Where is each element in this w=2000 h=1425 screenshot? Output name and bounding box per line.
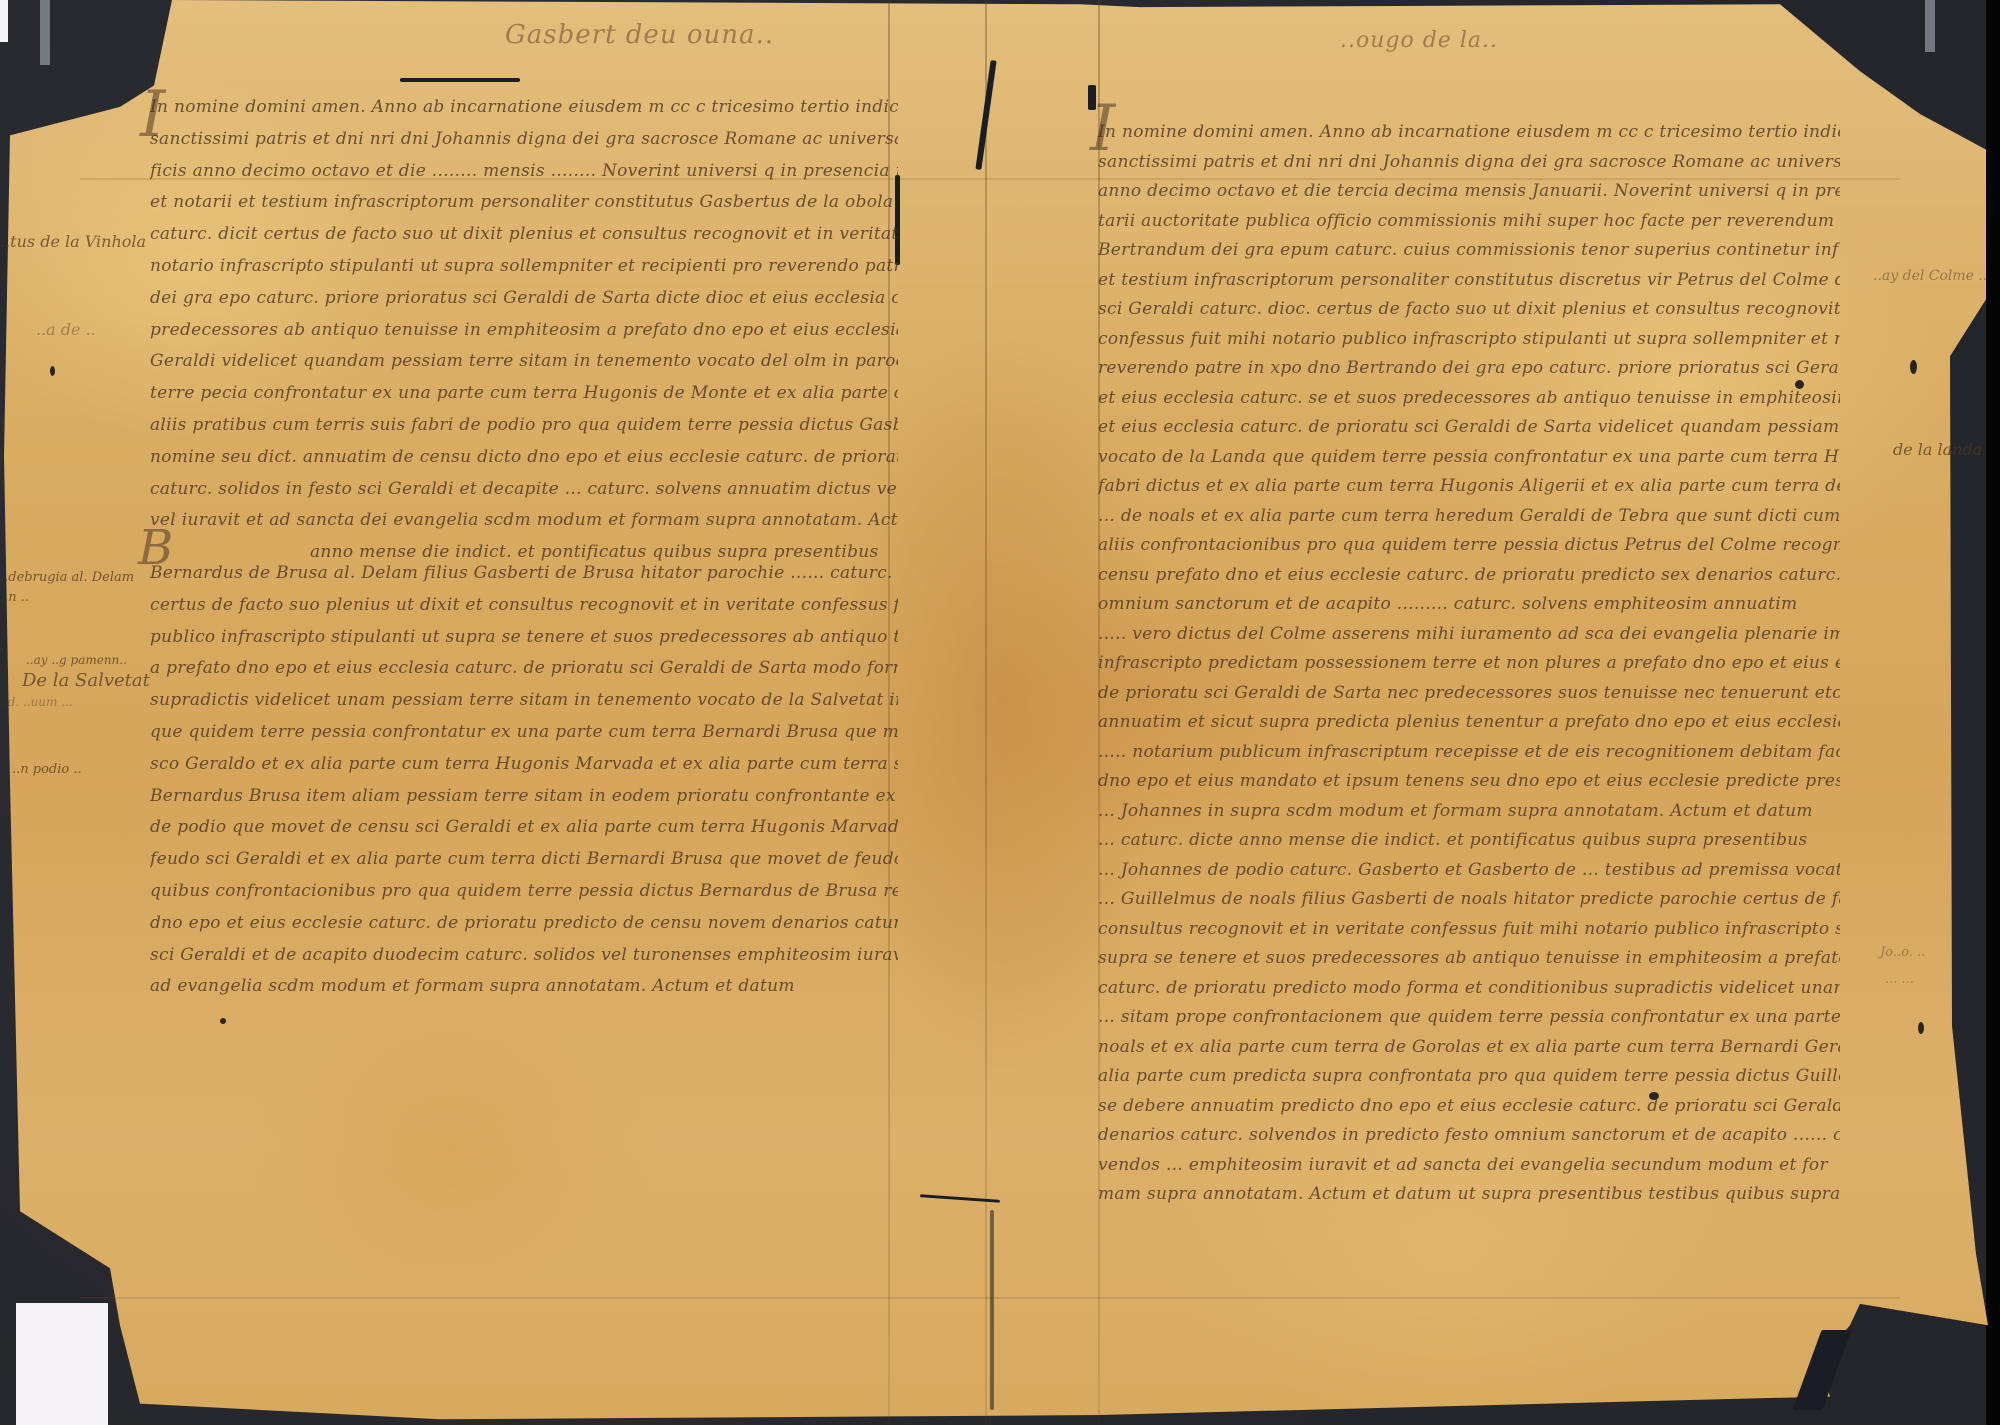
text-line: et eius ecclesia caturc. de prioratu sci… — [1098, 413, 1840, 443]
margin-note-left: ..n podio .. — [12, 762, 82, 777]
text-line: certus de facto suo plenius ut dixit et … — [150, 590, 898, 622]
margin-note-left: ..debrugia al. Delam — [0, 570, 134, 585]
text-line: notario infrascripto stipulanti ut supra… — [150, 251, 898, 283]
text-line: sco Geraldo et ex alia parte cum terra H… — [150, 749, 898, 781]
text-line: nomine seu dict. annuatim de censu dicto… — [150, 442, 898, 474]
text-line: mam supra annotatam. Actum et datum ut s… — [1098, 1180, 1840, 1210]
text-line: a prefato dno epo et eius ecclesia catur… — [150, 653, 898, 685]
text-line: ..... vero dictus del Colme asserens mih… — [1098, 620, 1840, 650]
text-line: vendos ... emphiteosim iuravit et ad san… — [1098, 1151, 1840, 1181]
left-charter-2: Bernardus de Brusa al. Delam filius Gasb… — [150, 558, 898, 1003]
margin-note-right-landa: de la landa — [1893, 440, 1982, 459]
text-line: ad evangelia scdm modum et formam supra … — [150, 971, 898, 1003]
text-line: aliis confrontacionibus pro qua quidem t… — [1098, 531, 1840, 561]
text-line: quibus confrontacionibus pro qua quidem … — [150, 876, 898, 908]
text-line: ... Johannes in supra scdm modum et form… — [1098, 797, 1840, 827]
fold-line-vertical-center — [985, 0, 987, 1425]
text-line: ... Johannes de podio caturc. Gasberto e… — [1098, 856, 1840, 886]
color-card-bottom-left — [16, 1303, 108, 1425]
ruler-tab-right — [1925, 0, 1935, 52]
text-line: sci Geraldi et de acapito duodecim catur… — [150, 940, 898, 972]
left-charter-1: In nomine domini amen. Anno ab incarnati… — [150, 92, 898, 569]
text-line: supradictis videlicet unam pessiam terre… — [150, 685, 898, 717]
text-line: ficis anno decimo octavo et die ........… — [150, 156, 898, 188]
text-line: vel iuravit et ad sancta dei evangelia s… — [150, 505, 898, 537]
text-line: noals et ex alia parte cum terra de Goro… — [1098, 1033, 1840, 1063]
text-line: ... de noals et ex alia parte cum terra … — [1098, 502, 1840, 532]
text-line: Bernardus de Brusa al. Delam filius Gasb… — [150, 558, 898, 590]
text-line: fabri dictus et ex alia parte cum terra … — [1098, 472, 1840, 502]
text-line: feudo sci Geraldi et ex alia parte cum t… — [150, 844, 898, 876]
text-line: In nomine domini amen. Anno ab incarnati… — [150, 92, 898, 124]
text-line: censu prefato dno et eius ecclesie catur… — [1098, 561, 1840, 591]
text-line: et testium infrascriptorum personaliter … — [1098, 266, 1840, 296]
margin-note-left: ..ay ..g pamenn.. — [26, 653, 127, 667]
ruler-tab-left — [40, 0, 50, 65]
text-line: de prioratu sci Geraldi de Sarta nec pre… — [1098, 679, 1840, 709]
top-note-left: Gasbert deu ouna.. — [505, 20, 774, 50]
text-line: que quidem terre pessia confrontatur ex … — [150, 717, 898, 749]
text-line: dno epo et eius mandato et ipsum tenens … — [1098, 767, 1840, 797]
text-line: anno decimo octavo et die tercia decima … — [1098, 177, 1840, 207]
text-line: predecessores ab antiquo tenuisse in emp… — [150, 315, 898, 347]
text-line: aliis pratibus cum terris suis fabri de … — [150, 410, 898, 442]
margin-note-left: ..a de .. — [36, 320, 96, 339]
text-line: ... Guillelmus de noals filius Gasberti … — [1098, 885, 1840, 915]
text-line: sanctissimi patris et dni nri dni Johann… — [150, 124, 898, 156]
text-line: tarii auctoritate publica officio commis… — [1098, 207, 1840, 237]
right-charter: In nomine domini amen. Anno ab incarnati… — [1098, 118, 1840, 1210]
margin-note-left-salvetat: De la Salvetat — [22, 670, 150, 691]
margin-note-left: ..tus de la Vinhola — [0, 232, 146, 251]
wormhole — [1910, 360, 1917, 374]
text-line: et notarii et testium infrascriptorum pe… — [150, 187, 898, 219]
text-line: caturc. solidos in festo sci Geraldi et … — [150, 474, 898, 506]
text-line: ... sitam prope confrontacionem que quid… — [1098, 1003, 1840, 1033]
text-line: Bernardus Brusa item aliam pessiam terre… — [150, 781, 898, 813]
text-line: denarios caturc. solvendos in predicto f… — [1098, 1121, 1840, 1151]
text-line: annuatim et sicut supra predicta plenius… — [1098, 708, 1840, 738]
text-line: supra se tenere et suos predecessores ab… — [1098, 944, 1840, 974]
text-line: publico infrascripto stipulanti ut supra… — [150, 622, 898, 654]
margin-note-right: ..ay del Colme .. — [1873, 268, 1987, 284]
text-line: terre pecia confrontatur ex una parte cu… — [150, 378, 898, 410]
top-note-right: ..ougo de la.. — [1340, 28, 1498, 53]
text-line: reverendo patre in xpo dno Bertrando dei… — [1098, 354, 1840, 384]
text-line: dei gra epo caturc. priore prioratus sci… — [150, 283, 898, 315]
text-line: In nomine domini amen. Anno ab incarnati… — [1098, 118, 1840, 148]
text-line: ..... notarium publicum infrascriptum re… — [1098, 738, 1840, 768]
margin-note-right: Jo..o. .. — [1880, 945, 1925, 960]
text-line: dno epo et eius ecclesie caturc. de prio… — [150, 908, 898, 940]
text-line: caturc. dicit certus de facto suo ut dix… — [150, 219, 898, 251]
wormhole — [1918, 1022, 1924, 1034]
white-card-top-left — [0, 0, 8, 42]
margin-note-left: ..n .. — [0, 590, 29, 605]
text-line: vocato de la Landa que quidem terre pess… — [1098, 443, 1840, 473]
text-line: alia parte cum predicta supra confrontat… — [1098, 1062, 1840, 1092]
text-line: sci Geraldi caturc. dioc. certus de fact… — [1098, 295, 1840, 325]
text-line: se debere annuatim predicto dno epo et e… — [1098, 1092, 1840, 1122]
text-line: consultus recognovit et in veritate conf… — [1098, 915, 1840, 945]
text-line: Bertrandum dei gra epum caturc. cuius co… — [1098, 236, 1840, 266]
text-line: ... caturc. dicte anno mense die indict.… — [1098, 826, 1840, 856]
scan-border-right — [1986, 0, 2000, 1425]
text-line: de podio que movet de censu sci Geraldi … — [150, 812, 898, 844]
text-line: confessus fuit mihi notario publico infr… — [1098, 325, 1840, 355]
text-line: omnium sanctorum et de acapito .........… — [1098, 590, 1840, 620]
text-line: Geraldi videlicet quandam pessiam terre … — [150, 346, 898, 378]
tear-mark — [400, 78, 520, 82]
margin-note-left: ..d. ..uum ... — [0, 695, 73, 709]
text-line: sanctissimi patris et dni nri dni Johann… — [1098, 148, 1840, 178]
wormhole — [50, 366, 55, 376]
text-line: caturc. de prioratu predicto modo forma … — [1098, 974, 1840, 1004]
tear-mark — [990, 1210, 994, 1410]
text-line: et eius ecclesia caturc. se et suos pred… — [1098, 384, 1840, 414]
wormhole — [220, 1018, 226, 1024]
text-line: infrascripto predictam possessionem terr… — [1098, 649, 1840, 679]
margin-note-right: ... ... — [1885, 972, 1914, 987]
